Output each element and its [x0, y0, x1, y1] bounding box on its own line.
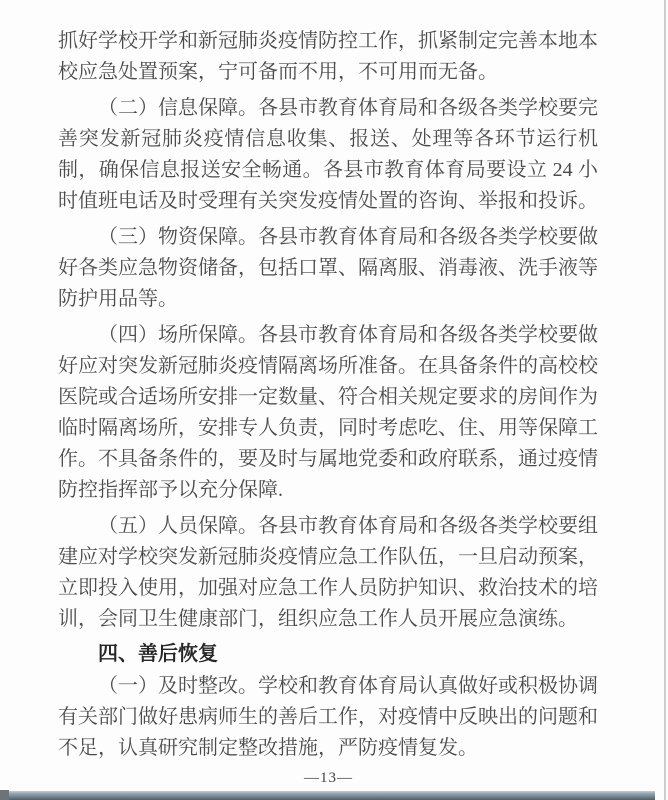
section-heading: 四、善后恢复: [58, 641, 598, 667]
paragraph: 抓好学校开学和新冠肺炎疫情防控工作，抓紧制定完善本地本校应急处置预案，宁可备而不…: [58, 26, 598, 88]
paragraph: （五）人员保障。各县市教育体育局和各级各类学校要组建应对学校突发新冠肺炎疫情应急…: [58, 511, 598, 635]
paragraph: （一）及时整改。学校和教育体育局认真做好或积极协调有关部门做好患病师生的善后工作…: [58, 671, 598, 764]
document-body: 抓好学校开学和新冠肺炎疫情防控工作，抓紧制定完善本地本校应急处置预案，宁可备而不…: [58, 0, 598, 769]
paragraph: （四）场所保障。各县市教育体育局和各级各类学校要做好应对突发新冠肺炎疫情隔离场所…: [58, 320, 598, 506]
scanned-document-page: 抓好学校开学和新冠肺炎疫情防控工作，抓紧制定完善本地本校应急处置预案，宁可备而不…: [0, 0, 668, 800]
paragraph: （二）信息保障。各县市教育体育局和各级各类学校要完善突发新冠肺炎疫情信息收集、报…: [58, 93, 598, 217]
paragraph: （三）物资保障。各县市教育体育局和各级各类学校要做好各类应急物资储备，包括口罩、…: [58, 222, 598, 315]
page-number: —13—: [0, 770, 657, 787]
scan-bottom-shadow-band: [9, 791, 655, 800]
scan-bottom-left-corner: [0, 790, 9, 800]
scan-page-edge-line: [664, 0, 666, 800]
